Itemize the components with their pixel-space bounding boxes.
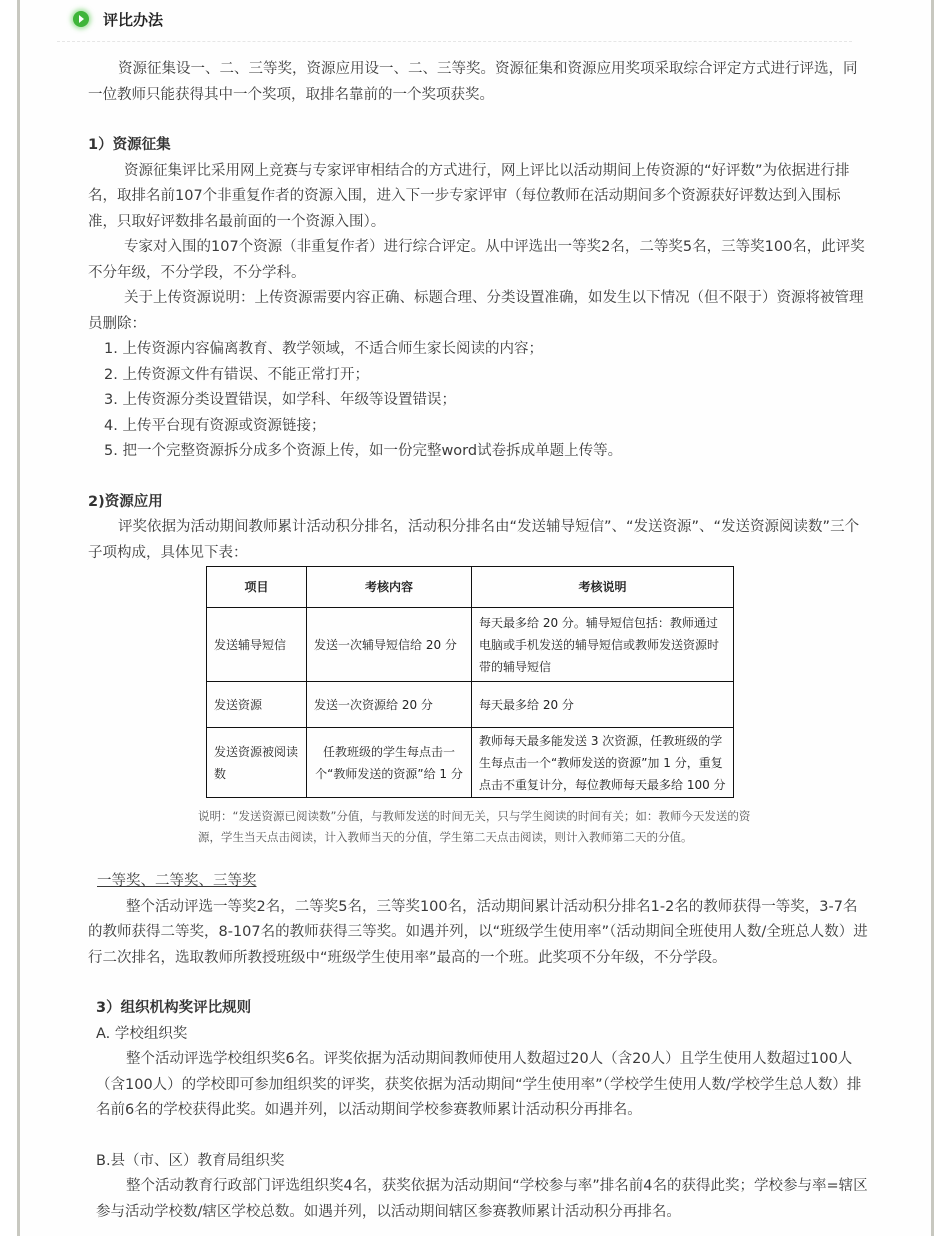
- table-header: 项目: [207, 567, 307, 608]
- section1-paragraph-2: 专家对入围的107个资源（非重复作者）进行综合评定。从中评选出一等奖2名，二等奖…: [88, 235, 868, 286]
- list-item: 5. 把一个完整资源拆分成多个资源上传，如一份完整word试卷拆成单题上传等。: [104, 439, 868, 465]
- section1-paragraph-3: 关于上传资源说明：上传资源需要内容正确、标题合理、分类设置准确，如发生以下情况（…: [88, 286, 868, 337]
- section3-block: 3）组织机构奖评比规则 A. 学校组织奖 整个活动评选学校组织奖6名。评奖依据为…: [88, 996, 870, 1225]
- list-item: 4. 上传平台现有资源或资源链接；: [104, 414, 868, 440]
- table-cell: 任教班级的学生每点击一个“教师发送的资源”给 1 分: [307, 728, 472, 798]
- section1-title: 1）资源征集: [88, 133, 868, 159]
- rules-content: 资源征集设一、二、三等奖，资源应用设一、二、三等奖。资源征集和资源应用奖项采取综…: [88, 57, 868, 566]
- table-cell: 发送辅导短信: [207, 608, 307, 682]
- table-cell: 教师每天最多能发送 3 次资源，任教班级的学生每点击一个“教师发送的资源”加 1…: [472, 728, 734, 798]
- scoring-table-wrapper: 项目 考核内容 考核说明 发送辅导短信 发送一次辅导短信给 20 分 每天最多给…: [206, 566, 734, 798]
- section3-title: 3）组织机构奖评比规则: [88, 996, 870, 1022]
- intro-paragraph: 资源征集设一、二、三等奖，资源应用设一、二、三等奖。资源征集和资源应用奖项采取综…: [88, 57, 868, 108]
- section1-paragraph-1: 资源征集评比采用网上竞赛与专家评审相结合的方式进行，网上评比以活动期间上传资源的…: [88, 159, 868, 236]
- table-cell: 发送一次资源给 20 分: [307, 682, 472, 728]
- county-award-paragraph: 整个活动教育行政部门评选组织奖4名，获奖依据为活动期间“学校参与率”排名前4名的…: [88, 1174, 870, 1225]
- list-item: 3. 上传资源分类设置错误，如学科、年级等设置错误；: [104, 388, 868, 414]
- table-row: 发送资源 发送一次资源给 20 分 每天最多给 20 分: [207, 682, 734, 728]
- county-award-title: B.县（市、区）教育局组织奖: [88, 1149, 870, 1175]
- table-row: 发送资源被阅读数 任教班级的学生每点击一个“教师发送的资源”给 1 分 教师每天…: [207, 728, 734, 798]
- section-header: 评比办法: [57, 0, 852, 42]
- table-header-row: 项目 考核内容 考核说明: [207, 567, 734, 608]
- list-item: 1. 上传资源内容偏离教育、教学领域，不适合师生家长阅读的内容；: [104, 337, 868, 363]
- table-cell: 发送一次辅导短信给 20 分: [307, 608, 472, 682]
- table-header: 考核说明: [472, 567, 734, 608]
- table-row: 发送辅导短信 发送一次辅导短信给 20 分 每天最多给 20 分。辅导短信包括：…: [207, 608, 734, 682]
- awards-paragraph: 整个活动评选一等奖2名，二等奖5名，三等奖100名，活动期间累计活动积分排名1-…: [88, 895, 870, 972]
- school-award-paragraph: 整个活动评选学校组织奖6名。评奖依据为活动期间教师使用人数超过20人（含20人）…: [88, 1047, 870, 1124]
- table-cell: 发送资源: [207, 682, 307, 728]
- table-cell: 每天最多给 20 分。辅导短信包括：教师通过电脑或手机发送的辅导短信或教师发送资…: [472, 608, 734, 682]
- deletion-reasons-list: 1. 上传资源内容偏离教育、教学领域，不适合师生家长阅读的内容； 2. 上传资源…: [88, 337, 868, 465]
- scoring-table: 项目 考核内容 考核说明 发送辅导短信 发送一次辅导短信给 20 分 每天最多给…: [206, 566, 734, 798]
- awards-title: 一等奖、二等奖、三等奖: [88, 869, 870, 895]
- awards-block: 一等奖、二等奖、三等奖 整个活动评选一等奖2名，二等奖5名，三等奖100名，活动…: [88, 869, 870, 971]
- section2-title: 2)资源应用: [88, 490, 868, 516]
- list-item: 2. 上传资源文件有错误、不能正常打开；: [104, 363, 868, 389]
- table-note: 说明：“发送资源已阅读数”分值，与教师发送的时间无关，只与学生阅读的时间有关；如…: [198, 806, 768, 848]
- school-award-title: A. 学校组织奖: [88, 1022, 870, 1048]
- table-cell: 每天最多给 20 分: [472, 682, 734, 728]
- table-header: 考核内容: [307, 567, 472, 608]
- section2-paragraph: 评奖依据为活动期间教师累计活动积分排名，活动积分排名由“发送辅导短信”、“发送资…: [88, 515, 868, 566]
- table-cell: 发送资源被阅读数: [207, 728, 307, 798]
- green-play-bullet-icon: [73, 11, 89, 27]
- section-title: 评比办法: [103, 9, 163, 30]
